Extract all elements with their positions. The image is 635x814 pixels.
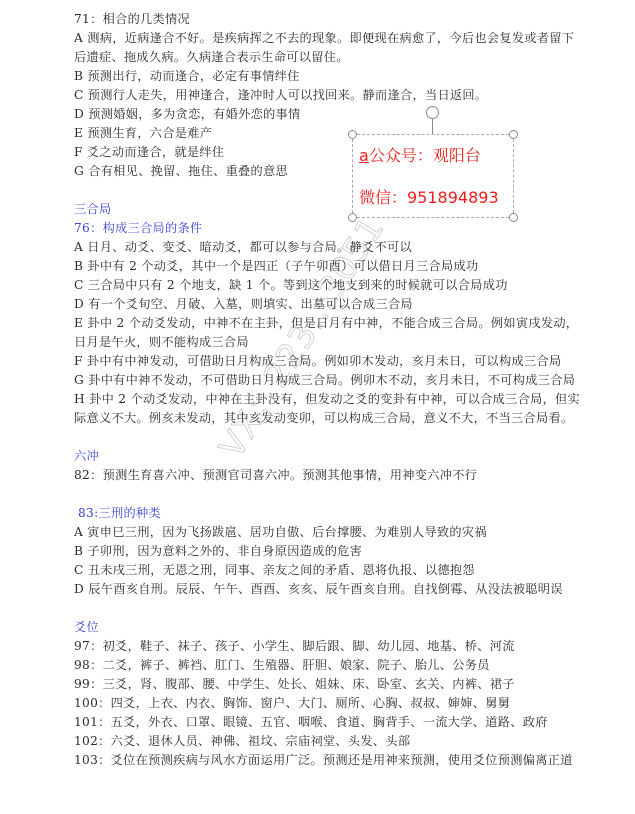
spacer: [74, 428, 594, 447]
text-line: 97：初爻，鞋子、袜子、孩子、小学生、脚后跟、脚、幼儿园、地基、桥、河流: [74, 637, 594, 656]
text-line: F 爻之动而逢合，就是绊住: [74, 143, 594, 162]
resize-handle-bottom-right[interactable]: [509, 213, 518, 222]
text-line: 82：预测生育喜六冲、预测官司喜六冲。预测其他事情，用神变六冲不行: [74, 466, 594, 485]
text-line: H 卦中 2 个动爻发动，中神在主卦没有，但发动之爻的变卦有中神，可以合成三合局…: [74, 390, 594, 409]
text-line: C 丑未戌三刑，无恩之刑，同事、亲友之间的矛盾、恩将仇报、以德抱怨: [74, 561, 594, 580]
text-line: 后遗症、拖成久病。久病逢合表示生命可以留住。: [74, 48, 594, 67]
document-page: 71：相合的几类情况 A 测病，近病逢合不好。是疾病挥之不去的现象。即便现在病愈…: [74, 10, 594, 770]
text-line: 100：四爻，上衣、内衣、胸饰、窗户、大门、厕所、心胸、叔叔、婶婶、舅舅: [74, 694, 594, 713]
section-yaowei: 爻位 97：初爻，鞋子、袜子、孩子、小学生、脚后跟、脚、幼儿园、地基、桥、河流 …: [74, 618, 594, 770]
resize-handle-bottom-left[interactable]: [348, 213, 357, 222]
text-line: C 三合局中只有 2 个地支，缺 1 个。等到这个地支到来的时候就可以合局成功: [74, 276, 594, 295]
text-line: 101：五爻，外衣、口罩、眼镜、五官、咽喉、食道、胸背手、一流大学、道路、政府: [74, 713, 594, 732]
text-line: 103：爻位在预测疾病与风水方面运用广泛。预测还是用神来预测，使用爻位预测偏离正…: [74, 751, 594, 770]
text-line: B 子卯刑，因为意料之外的、非自身原因造成的危害: [74, 542, 594, 561]
text-line: 99：三爻，肾、腹部、腰、中学生、处长、姐妹、床、卧室、玄关、内裤、裙子: [74, 675, 594, 694]
text-line: A 日月、动爻、变爻、暗动爻，都可以参与合局。静爻不可以: [74, 238, 594, 257]
text-line: G 卦中有中神不发动，不可借助日月构成三合局。例卯木不动，亥月未日，不可构成三合…: [74, 371, 594, 390]
textbox-line-wechat[interactable]: 微信：951894893: [359, 185, 499, 208]
text-line: 98：二爻，裤子、裤裆、肛门、生殖器、肝胆、娘家、院子、胎儿、公务员: [74, 656, 594, 675]
rotate-handle-stem: [432, 117, 433, 134]
section-liuchong: 六冲 82：预测生育喜六冲、预测官司喜六冲。预测其他事情，用神变六冲不行: [74, 447, 594, 485]
rotate-handle[interactable]: [426, 106, 439, 119]
text-line: 际意义不大。例亥未发动，其中亥发动变卯，可以构成三合局，意义不大，不当三合局看。: [74, 409, 594, 428]
section-heading: 爻位: [74, 618, 594, 637]
spacer: [74, 485, 594, 504]
section-heading: 六冲: [74, 447, 594, 466]
section-sanxing: 83:三刑的种类 A 寅申巳三刑，因为飞扬跋扈、居功自傲、后台撑腰、为难别人导致…: [74, 504, 594, 599]
text-line: B 预测出行，动而逢合，必定有事情绊住: [74, 67, 594, 86]
resize-handle-top-left[interactable]: [348, 130, 357, 139]
resize-handle-top-right[interactable]: [509, 130, 518, 139]
text-line: A 测病，近病逢合不好。是疾病挥之不去的现象。即便现在病愈了，今后也会复发或者留…: [74, 29, 594, 48]
section-71: 71：相合的几类情况 A 测病，近病逢合不好。是疾病挥之不去的现象。即便现在病愈…: [74, 10, 594, 181]
text-line: 日月是午火，则不能构成三合局: [74, 333, 594, 352]
section-heading: 83:三刑的种类: [74, 504, 594, 523]
text-line: E 卦中 2 个动爻发动，中神不在主卦，但是日月有中神，不能合成三合局。例如寅戌…: [74, 314, 594, 333]
section-sanhe: 三合局 76：构成三合局的条件 A 日月、动爻、变爻、暗动爻，都可以参与合局。静…: [74, 200, 594, 428]
text-line: G 合有相见、挽留、拖住、重叠的意思: [74, 162, 594, 181]
text-line: D 有一个爻旬空、月破、入墓，则填实、出墓可以合成三合局: [74, 295, 594, 314]
text-line: F 卦中有中神发动，可借助日月构成三合局。例如卯木发动，亥月未日，可以构成三合局: [74, 352, 594, 371]
text-line: A 寅申巳三刑，因为飞扬跋扈、居功自傲、后台撑腰、为难别人导致的灾祸: [74, 523, 594, 542]
textbox-line-account[interactable]: a公众号：观阳台: [359, 143, 481, 166]
section-title: 71：相合的几类情况: [74, 10, 594, 29]
text-line: B 卦中有 2 个动爻，其中一个是四正（子午卯酉）可以借日月三合局成功: [74, 257, 594, 276]
spacer: [74, 181, 594, 200]
selected-text-box[interactable]: a公众号：观阳台 微信：951894893: [352, 134, 514, 218]
text-line: C 预测行人走失，用神逢合，逢冲时人可以找回来。静而逢合，当日返回。: [74, 86, 594, 105]
textbox-prefix: a: [359, 146, 369, 165]
text-line: D 预测婚姻，多为贪恋，有婚外恋的事情: [74, 105, 594, 124]
text-line: D 辰午酉亥自刑。辰辰、午午、酉酉、亥亥、辰午酉亥自刑。自找倒霉、从没法被聪明误: [74, 580, 594, 599]
section-subheading: 76：构成三合局的条件: [74, 219, 594, 238]
text-line: 102：六爻、退休人员、神佛、祖坟、宗庙祠堂、头发、头部: [74, 732, 594, 751]
textbox-account-text: 公众号：观阳台: [369, 146, 481, 165]
spacer: [74, 599, 594, 618]
